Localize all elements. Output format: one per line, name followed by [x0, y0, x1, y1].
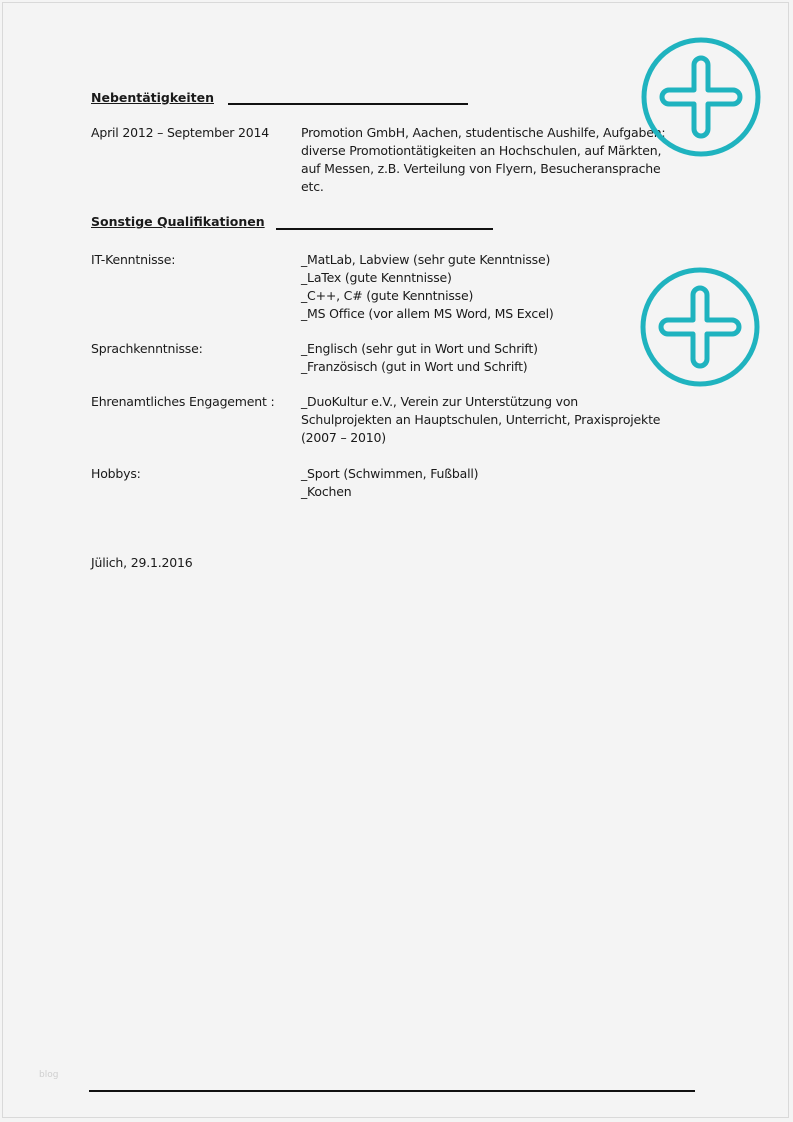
qual-label-hobbies: Hobbys: [91, 465, 141, 483]
plus-circle-icon[interactable] [638, 265, 762, 389]
qual-item: _C++, C# (gute Kenntnisse) [301, 287, 473, 305]
qual-label-languages: Sprachkenntnisse: [91, 340, 203, 358]
qual-item: _DuoKultur e.V., Verein zur Unterstützun… [301, 393, 578, 411]
job-period: April 2012 – September 2014 [91, 124, 269, 142]
place-date: Jülich, 29.1.2016 [91, 554, 193, 572]
qual-item: _Französisch (gut in Wort und Schrift) [301, 358, 527, 376]
qual-item: Schulprojekten an Hauptschulen, Unterric… [301, 411, 660, 429]
watermark: blog [39, 1070, 58, 1080]
job-line: diverse Promotiontätigkeiten an Hochschu… [301, 142, 661, 160]
heading-rule [276, 228, 493, 230]
plus-circle-icon[interactable] [639, 35, 763, 159]
qual-item: _Englisch (sehr gut in Wort und Schrift) [301, 340, 538, 358]
qual-item: _Kochen [301, 483, 351, 501]
job-line: etc. [301, 178, 324, 196]
footer-rule [89, 1090, 695, 1092]
qual-item: _MS Office (vor allem MS Word, MS Excel) [301, 305, 554, 323]
qual-item: _Sport (Schwimmen, Fußball) [301, 465, 478, 483]
qual-label-it: IT-Kenntnisse: [91, 251, 175, 269]
qual-item: _LaTex (gute Kenntnisse) [301, 269, 452, 287]
section-heading-qualifications: Sonstige Qualifikationen [91, 213, 265, 231]
job-line: auf Messen, z.B. Verteilung von Flyern, … [301, 160, 661, 178]
heading-rule [228, 103, 468, 105]
job-line: Promotion GmbH, Aachen, studentische Aus… [301, 124, 665, 142]
qual-item: _MatLab, Labview (sehr gute Kenntnisse) [301, 251, 550, 269]
qual-label-volunteering: Ehrenamtliches Engagement : [91, 393, 274, 411]
qual-item: (2007 – 2010) [301, 429, 386, 447]
section-heading-side-jobs: Nebentätigkeiten [91, 89, 214, 107]
